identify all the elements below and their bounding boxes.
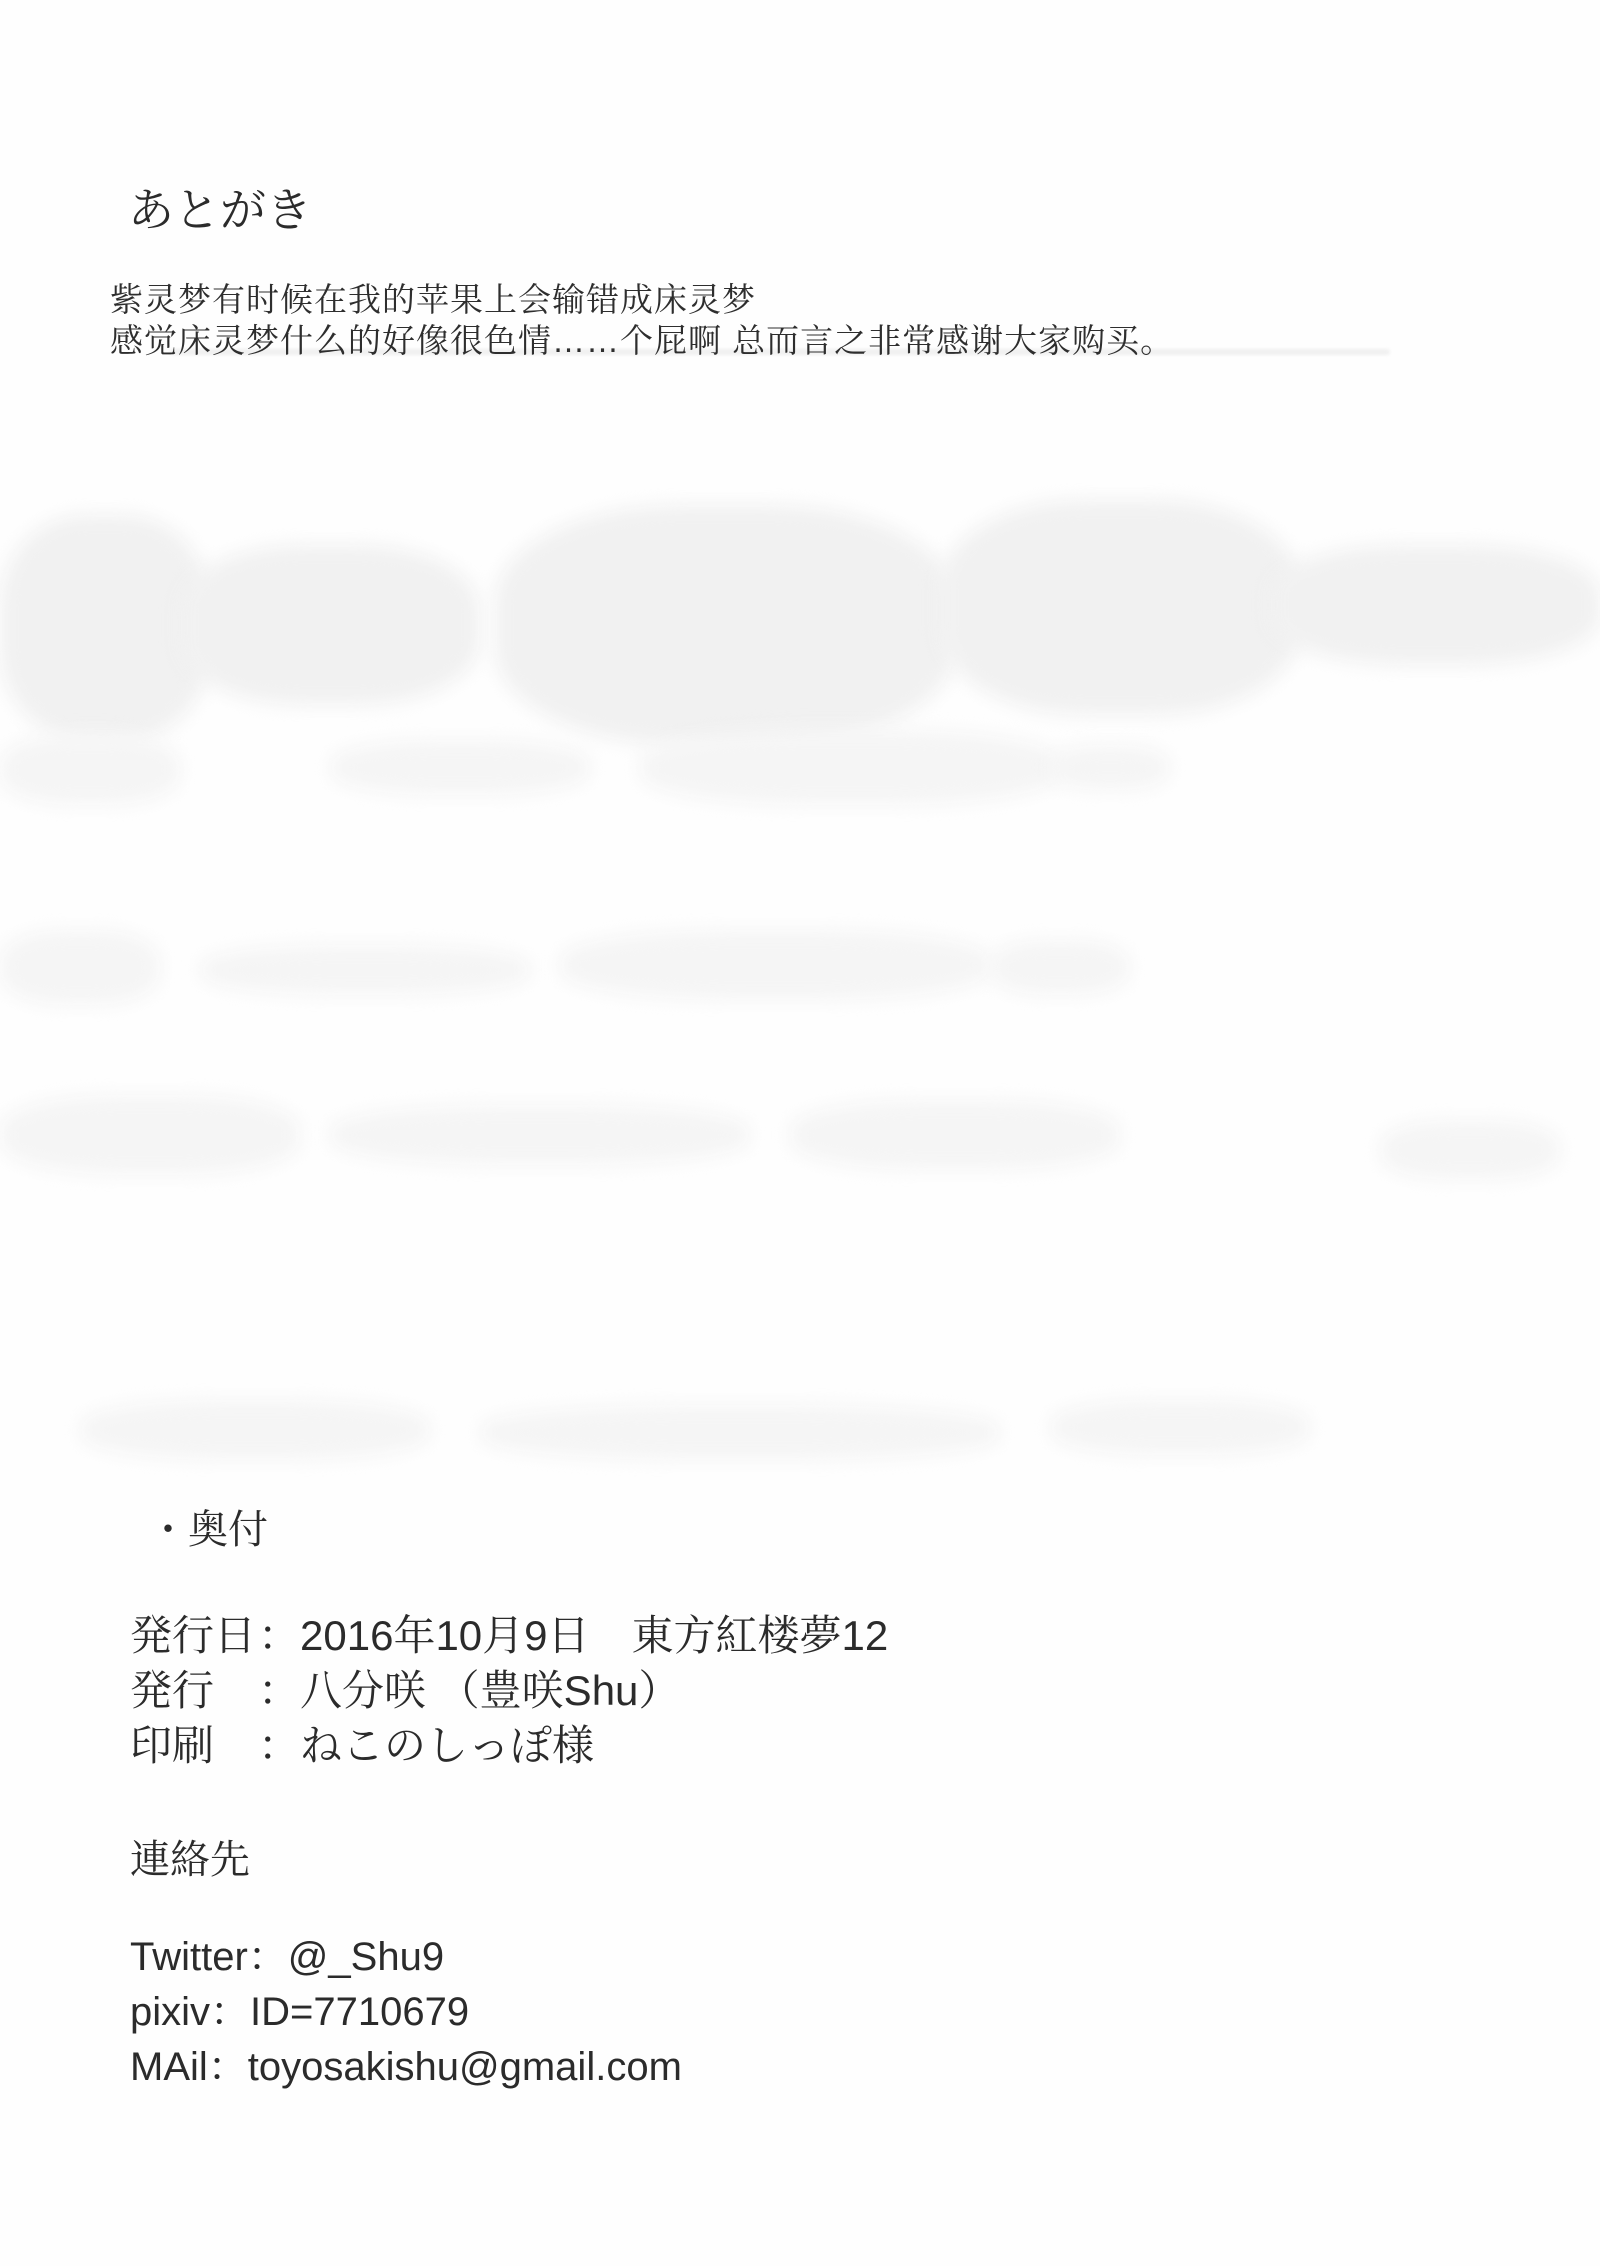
twitter-handle: @_Shu9 — [288, 1935, 444, 1979]
scan-artifact — [0, 1095, 300, 1175]
colophon-row-publication-date: 発行日：2016年10月9日 東方紅楼夢12 — [130, 1608, 888, 1663]
afterword-line-2: 感觉床灵梦什么的好像很色情……个屁啊 总而言之非常感谢大家购买。 — [110, 322, 1174, 359]
email-address: toyosakishu@gmail.com — [248, 2045, 682, 2089]
colophon-separator: ： — [258, 1722, 300, 1769]
colophon-label: 発行日 — [130, 1608, 258, 1663]
colophon-row-printer: 印刷：ねこのしっぽ様 — [130, 1718, 888, 1773]
afterword-body: 紫灵梦有时候在我的苹果上会输错成床灵梦 感觉床灵梦什么的好像很色情……个屁啊 总… — [110, 279, 1174, 361]
afterword-title: あとがき — [128, 184, 312, 236]
contact-label: MAil — [130, 2045, 208, 2089]
scan-artifact — [1380, 1120, 1560, 1180]
contact-row-pixiv: pixiv：ID=7710679 — [130, 1985, 682, 2040]
scan-artifact — [180, 545, 480, 705]
contact-row-twitter: Twitter：@_Shu9 — [130, 1930, 682, 1985]
afterword-line-1: 紫灵梦有时候在我的苹果上会输错成床灵梦 — [110, 281, 756, 318]
colophon-label: 印刷 — [130, 1718, 258, 1773]
scan-artifact — [330, 1105, 750, 1165]
colophon-label: 発行 — [130, 1663, 258, 1718]
scan-artifact — [940, 500, 1300, 715]
scan-artifact — [1270, 545, 1600, 665]
scan-artifact — [990, 940, 1130, 995]
scan-artifact — [200, 945, 530, 995]
contact-separator: ： — [208, 2045, 248, 2089]
contact-details: Twitter：@_Shu9 pixiv：ID=7710679 MAil：toy… — [130, 1930, 682, 2095]
contact-label: Twitter — [130, 1935, 248, 1979]
scan-artifact — [0, 930, 160, 1005]
pixiv-id: ID=7710679 — [250, 1990, 469, 2034]
scan-artifact — [80, 1400, 430, 1460]
scan-artifact — [0, 515, 210, 740]
contact-label: pixiv — [130, 1990, 210, 2034]
colophon-details: 発行日：2016年10月9日 東方紅楼夢12 発行：八分咲 （豊咲Shu） 印刷… — [130, 1608, 888, 1773]
scan-artifact — [790, 1100, 1120, 1170]
scan-artifact — [640, 730, 1060, 805]
scan-artifact — [330, 740, 590, 795]
colophon-row-publisher: 発行：八分咲 （豊咲Shu） — [130, 1663, 888, 1718]
scan-artifact — [1050, 745, 1170, 790]
scan-artifact — [0, 735, 180, 805]
colophon-value: 2016年10月9日 東方紅楼夢12 — [300, 1612, 888, 1659]
colophon-heading: ・奥付 — [148, 1498, 268, 1555]
scan-artifact — [560, 930, 990, 1000]
scan-artifact — [480, 1405, 1000, 1460]
scanned-page: あとがき 紫灵梦有时候在我的苹果上会输错成床灵梦 感觉床灵梦什么的好像很色情……… — [0, 0, 1600, 2266]
colophon-separator: ： — [258, 1612, 300, 1659]
contact-row-mail: MAil：toyosakishu@gmail.com — [130, 2040, 682, 2095]
scan-artifact — [495, 505, 955, 745]
colophon-value: ねこのしっぽ様 — [300, 1722, 594, 1769]
colophon-value: 八分咲 （豊咲Shu） — [300, 1667, 680, 1714]
scan-artifact — [1050, 1400, 1310, 1455]
contact-separator: ： — [248, 1935, 288, 1979]
contact-separator: ： — [210, 1990, 250, 2034]
colophon-separator: ： — [258, 1667, 300, 1714]
contact-heading: 連絡先 — [130, 1828, 250, 1885]
